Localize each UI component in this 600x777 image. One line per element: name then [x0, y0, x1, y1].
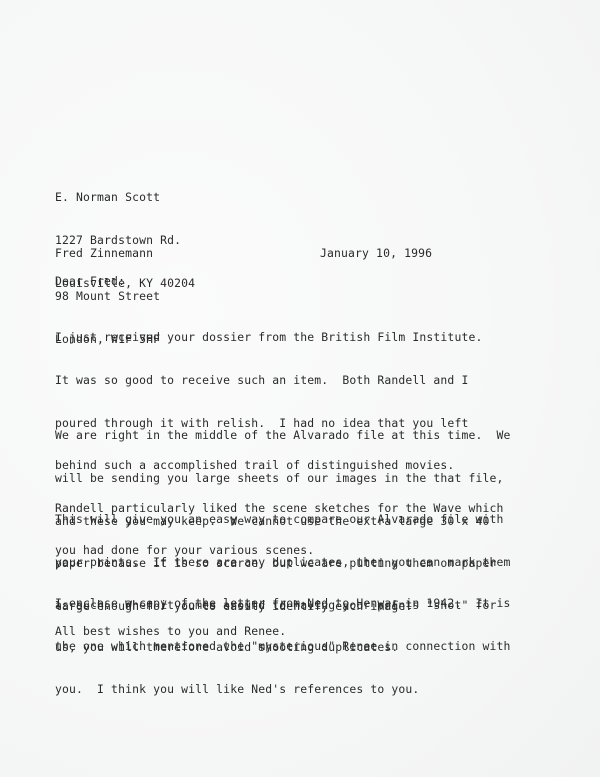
closing: All best wishes to you and Renee.: [55, 624, 286, 638]
salutation: Dear Fred:: [55, 274, 125, 288]
letter-date: January 10, 1996: [320, 246, 432, 260]
letter-page: E. Norman Scott 1227 Bardstown Rd. Louis…: [0, 0, 600, 777]
paragraph-line: We are right in the middle of the Alvara…: [55, 428, 511, 442]
recipient-name: Fred Zinnemann: [55, 246, 160, 260]
paragraph-line: I enclose a copy of the letter from Ned …: [55, 596, 511, 610]
paragraph-4: I enclose a copy of the letter from Ned …: [55, 568, 511, 724]
paragraph-line: I just received your dossier from the Br…: [55, 330, 504, 344]
paragraph-line: you. I think you will like Ned's referen…: [55, 682, 511, 696]
paragraph-line: It was so good to receive such an item. …: [55, 373, 504, 387]
paragraph-line: This will give you an easy way to compar…: [55, 512, 511, 526]
sender-name: E. Norman Scott: [55, 190, 195, 204]
paragraph-line: the one which mentioned the "mysterious"…: [55, 639, 511, 653]
